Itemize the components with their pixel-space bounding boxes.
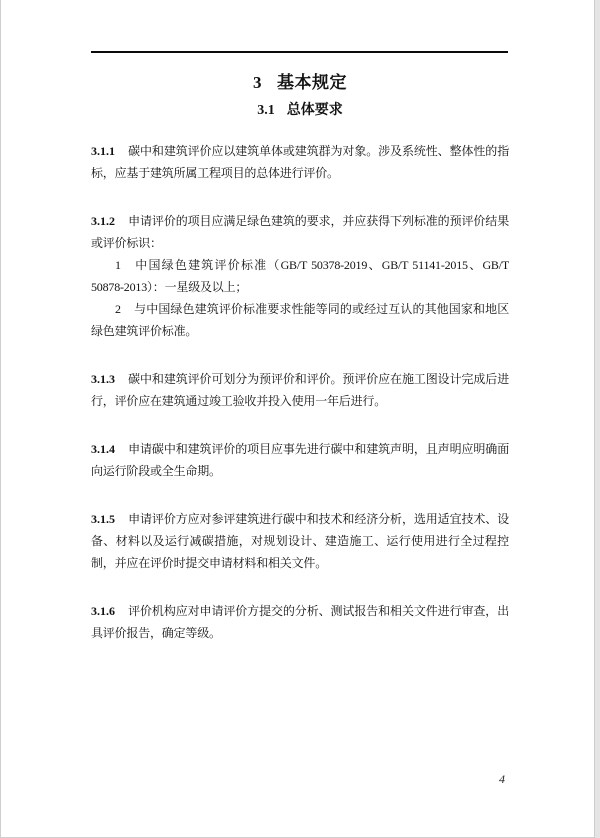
- page-right-edge: [594, 0, 600, 838]
- clause-text: 申请评价的项目应满足绿色建筑的要求，并应获得下列标准的预评价结果或评价标识：: [91, 214, 509, 250]
- section-heading: 3.1总体要求: [91, 103, 509, 119]
- section-number: 3.1: [257, 103, 275, 118]
- clause-3-1-6: 3.1.6评价机构应对申请评价方提交的分析、测试报告和相关文件进行审查，出具评价…: [91, 600, 509, 644]
- clause-subitem-1: 1中国绿色建筑评价标准（GB/T 50378-2019、GB/T 51141-2…: [91, 254, 509, 298]
- clause-text: 申请碳中和建筑评价的项目应事先进行碳中和建筑声明，且声明应明确面向运行阶段或全生…: [91, 442, 509, 478]
- chapter-title: 基本规定: [277, 73, 347, 92]
- clause-3-1-2: 3.1.2申请评价的项目应满足绿色建筑的要求，并应获得下列标准的预评价结果或评价…: [91, 210, 509, 342]
- subitem-text: 中国绿色建筑评价标准（GB/T 50378-2019、GB/T 51141-20…: [91, 258, 509, 294]
- clause-list: 3.1.1碳中和建筑评价应以建筑单体或建筑群为对象。涉及系统性、整体性的指标，应…: [91, 140, 509, 644]
- clause-number: 3.1.2: [91, 214, 115, 228]
- page-number: 4: [499, 772, 505, 787]
- clause-text: 碳中和建筑评价应以建筑单体或建筑群为对象。涉及系统性、整体性的指标，应基于建筑所…: [91, 144, 509, 180]
- chapter-heading: 3基本规定: [91, 72, 509, 93]
- subitem-text: 与中国绿色建筑评价标准要求性能等同的或经过互认的其他国家和地区绿色建筑评价标准。: [91, 302, 509, 338]
- page-content: 3基本规定 3.1总体要求 3.1.1碳中和建筑评价应以建筑单体或建筑群为对象。…: [91, 52, 509, 670]
- clause-subitem-2: 2与中国绿色建筑评价标准要求性能等同的或经过互认的其他国家和地区绿色建筑评价标准…: [91, 298, 509, 342]
- clause-paragraph: 3.1.5申请评价方应对参评建筑进行碳中和技术和经济分析，选用适宜技术、设备、材…: [91, 508, 509, 574]
- section-title: 总体要求: [287, 103, 343, 118]
- clause-3-1-3: 3.1.3碳中和建筑评价可划分为预评价和评价。预评价应在施工图设计完成后进行，评…: [91, 368, 509, 412]
- clause-text: 申请评价方应对参评建筑进行碳中和技术和经济分析，选用适宜技术、设备、材料以及运行…: [91, 512, 509, 570]
- clause-number: 3.1.3: [91, 372, 115, 386]
- clause-3-1-5: 3.1.5申请评价方应对参评建筑进行碳中和技术和经济分析，选用适宜技术、设备、材…: [91, 508, 509, 574]
- clause-number: 3.1.5: [91, 512, 115, 526]
- clause-3-1-1: 3.1.1碳中和建筑评价应以建筑单体或建筑群为对象。涉及系统性、整体性的指标，应…: [91, 140, 509, 184]
- clause-text: 评价机构应对申请评价方提交的分析、测试报告和相关文件进行审查，出具评价报告，确定…: [91, 604, 509, 640]
- clause-3-1-4: 3.1.4申请碳中和建筑评价的项目应事先进行碳中和建筑声明，且声明应明确面向运行…: [91, 438, 509, 482]
- clause-paragraph: 3.1.6评价机构应对申请评价方提交的分析、测试报告和相关文件进行审查，出具评价…: [91, 600, 509, 644]
- clause-text: 碳中和建筑评价可划分为预评价和评价。预评价应在施工图设计完成后进行，评价应在建筑…: [91, 372, 509, 408]
- clause-paragraph: 3.1.2申请评价的项目应满足绿色建筑的要求，并应获得下列标准的预评价结果或评价…: [91, 210, 509, 254]
- clause-number: 3.1.4: [91, 442, 115, 456]
- clause-paragraph: 3.1.1碳中和建筑评价应以建筑单体或建筑群为对象。涉及系统性、整体性的指标，应…: [91, 140, 509, 184]
- document-page: 3基本规定 3.1总体要求 3.1.1碳中和建筑评价应以建筑单体或建筑群为对象。…: [0, 0, 600, 838]
- subitem-number: 1: [115, 258, 121, 272]
- clause-paragraph: 3.1.3碳中和建筑评价可划分为预评价和评价。预评价应在施工图设计完成后进行，评…: [91, 368, 509, 412]
- chapter-number: 3: [253, 73, 262, 92]
- subitem-number: 2: [115, 302, 121, 316]
- clause-number: 3.1.6: [91, 604, 115, 618]
- clause-paragraph: 3.1.4申请碳中和建筑评价的项目应事先进行碳中和建筑声明，且声明应明确面向运行…: [91, 438, 509, 482]
- clause-number: 3.1.1: [91, 144, 115, 158]
